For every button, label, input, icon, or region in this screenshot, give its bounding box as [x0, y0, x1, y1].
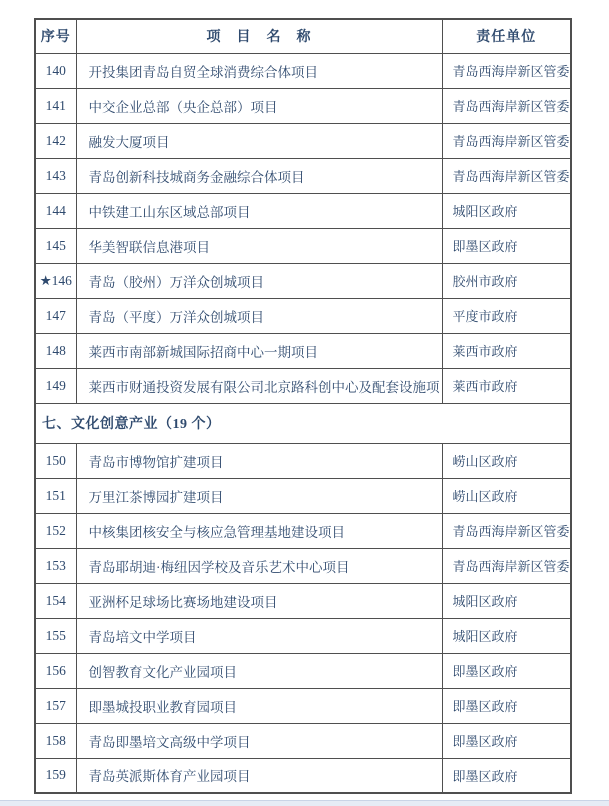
- row-no-cell: 159: [35, 758, 76, 793]
- table-row: 158 青岛即墨培文高级中学项目 即墨区政府: [35, 723, 571, 758]
- column-header-no: 序号: [35, 19, 76, 53]
- unit-cell: 即墨区政府: [442, 228, 571, 263]
- section-header-label: 七、文化创意产业（19 个）: [35, 403, 571, 443]
- row-no-cell: 144: [35, 193, 76, 228]
- row-no-cell: 142: [35, 123, 76, 158]
- table-row: 150 青岛市博物馆扩建项目 崂山区政府: [35, 443, 571, 478]
- unit-cell: 平度市政府: [442, 298, 571, 333]
- unit-cell: 城阳区政府: [442, 583, 571, 618]
- table-row: 147 青岛（平度）万洋众创城项目 平度市政府: [35, 298, 571, 333]
- project-name-cell: 青岛英派斯体育产业园项目: [76, 758, 442, 793]
- project-name-cell: 中交企业总部（央企总部）项目: [76, 88, 442, 123]
- project-name-cell: 华美智联信息港项目: [76, 228, 442, 263]
- column-header-unit: 责任单位: [442, 19, 571, 53]
- table-row: 140 开投集团青岛自贸全球消费综合体项目 青岛西海岸新区管委: [35, 53, 571, 88]
- unit-cell: 青岛西海岸新区管委: [442, 548, 571, 583]
- table-row: 142 融发大厦项目 青岛西海岸新区管委: [35, 123, 571, 158]
- table-row: 159 青岛英派斯体育产业园项目 即墨区政府: [35, 758, 571, 793]
- row-no-cell: 143: [35, 158, 76, 193]
- row-no-cell: 141: [35, 88, 76, 123]
- unit-cell: 崂山区政府: [442, 443, 571, 478]
- table-row: 144 中铁建工山东区域总部项目 城阳区政府: [35, 193, 571, 228]
- row-no-cell: 148: [35, 333, 76, 368]
- unit-cell: 青岛西海岸新区管委: [442, 513, 571, 548]
- table-row: 152 中核集团核安全与核应急管理基地建设项目 青岛西海岸新区管委: [35, 513, 571, 548]
- table-row: 154 亚洲杯足球场比赛场地建设项目 城阳区政府: [35, 583, 571, 618]
- table-row: 143 青岛创新科技城商务金融综合体项目 青岛西海岸新区管委: [35, 158, 571, 193]
- project-name-cell: 融发大厦项目: [76, 123, 442, 158]
- table-row: 155 青岛培文中学项目 城阳区政府: [35, 618, 571, 653]
- row-no-cell: 147: [35, 298, 76, 333]
- row-no-cell: 150: [35, 443, 76, 478]
- project-name-cell: 中铁建工山东区域总部项目: [76, 193, 442, 228]
- row-no-cell: 154: [35, 583, 76, 618]
- table-header-row: 序号 项 目 名 称 责任单位: [35, 19, 571, 53]
- unit-cell: 即墨区政府: [442, 723, 571, 758]
- project-name-cell: 青岛（平度）万洋众创城项目: [76, 298, 442, 333]
- row-no-cell: 140: [35, 53, 76, 88]
- section-header-row: 七、文化创意产业（19 个）: [35, 403, 571, 443]
- table-row: 156 创智教育文化产业园项目 即墨区政府: [35, 653, 571, 688]
- unit-cell: 即墨区政府: [442, 688, 571, 723]
- project-name-cell: 即墨城投职业教育园项目: [76, 688, 442, 723]
- project-name-cell: 青岛培文中学项目: [76, 618, 442, 653]
- unit-cell: 城阳区政府: [442, 193, 571, 228]
- project-name-cell: 青岛创新科技城商务金融综合体项目: [76, 158, 442, 193]
- row-no-cell: 152: [35, 513, 76, 548]
- row-no-cell: 157: [35, 688, 76, 723]
- table-row: 157 即墨城投职业教育园项目 即墨区政府: [35, 688, 571, 723]
- project-name-cell: 青岛市博物馆扩建项目: [76, 443, 442, 478]
- project-name-cell: 万里江茶博园扩建项目: [76, 478, 442, 513]
- unit-cell: 胶州市政府: [442, 263, 571, 298]
- unit-cell: 青岛西海岸新区管委: [442, 53, 571, 88]
- table-row: 148 莱西市南部新城国际招商中心一期项目 莱西市政府: [35, 333, 571, 368]
- row-no-cell: 155: [35, 618, 76, 653]
- unit-cell: 莱西市政府: [442, 333, 571, 368]
- project-name-cell: 青岛（胶州）万洋众创城项目: [76, 263, 442, 298]
- project-name-cell: 莱西市财通投资发展有限公司北京路科创中心及配套设施项目: [76, 368, 442, 403]
- row-no-cell-star: ★146: [35, 263, 76, 298]
- unit-cell: 莱西市政府: [442, 368, 571, 403]
- project-name-cell: 中核集团核安全与核应急管理基地建设项目: [76, 513, 442, 548]
- project-name-cell: 开投集团青岛自贸全球消费综合体项目: [76, 53, 442, 88]
- project-name-cell: 青岛即墨培文高级中学项目: [76, 723, 442, 758]
- project-name-cell: 亚洲杯足球场比赛场地建设项目: [76, 583, 442, 618]
- document-page: 序号 项 目 名 称 责任单位 140 开投集团青岛自贸全球消费综合体项目 青岛…: [0, 0, 609, 806]
- project-name-cell: 青岛耶胡迪·梅纽因学校及音乐艺术中心项目: [76, 548, 442, 583]
- unit-cell: 即墨区政府: [442, 758, 571, 793]
- column-header-name: 项 目 名 称: [76, 19, 442, 53]
- table-row: 153 青岛耶胡迪·梅纽因学校及音乐艺术中心项目 青岛西海岸新区管委: [35, 548, 571, 583]
- unit-cell: 即墨区政府: [442, 653, 571, 688]
- project-name-cell: 莱西市南部新城国际招商中心一期项目: [76, 333, 442, 368]
- unit-cell: 青岛西海岸新区管委: [442, 123, 571, 158]
- table-row: 145 华美智联信息港项目 即墨区政府: [35, 228, 571, 263]
- page-bottom-strip: [0, 800, 609, 806]
- row-no-cell: 145: [35, 228, 76, 263]
- table-row: 151 万里江茶博园扩建项目 崂山区政府: [35, 478, 571, 513]
- row-no-cell: 158: [35, 723, 76, 758]
- project-name-cell: 创智教育文化产业园项目: [76, 653, 442, 688]
- row-no-cell: 149: [35, 368, 76, 403]
- table-row: 149 莱西市财通投资发展有限公司北京路科创中心及配套设施项目 莱西市政府: [35, 368, 571, 403]
- row-no-cell: 153: [35, 548, 76, 583]
- table-row: 141 中交企业总部（央企总部）项目 青岛西海岸新区管委: [35, 88, 571, 123]
- table-row-starred: ★146 青岛（胶州）万洋众创城项目 胶州市政府: [35, 263, 571, 298]
- unit-cell: 崂山区政府: [442, 478, 571, 513]
- unit-cell: 青岛西海岸新区管委: [442, 158, 571, 193]
- unit-cell: 青岛西海岸新区管委: [442, 88, 571, 123]
- unit-cell: 城阳区政府: [442, 618, 571, 653]
- project-table: 序号 项 目 名 称 责任单位 140 开投集团青岛自贸全球消费综合体项目 青岛…: [34, 18, 572, 794]
- row-no-cell: 156: [35, 653, 76, 688]
- row-no-cell: 151: [35, 478, 76, 513]
